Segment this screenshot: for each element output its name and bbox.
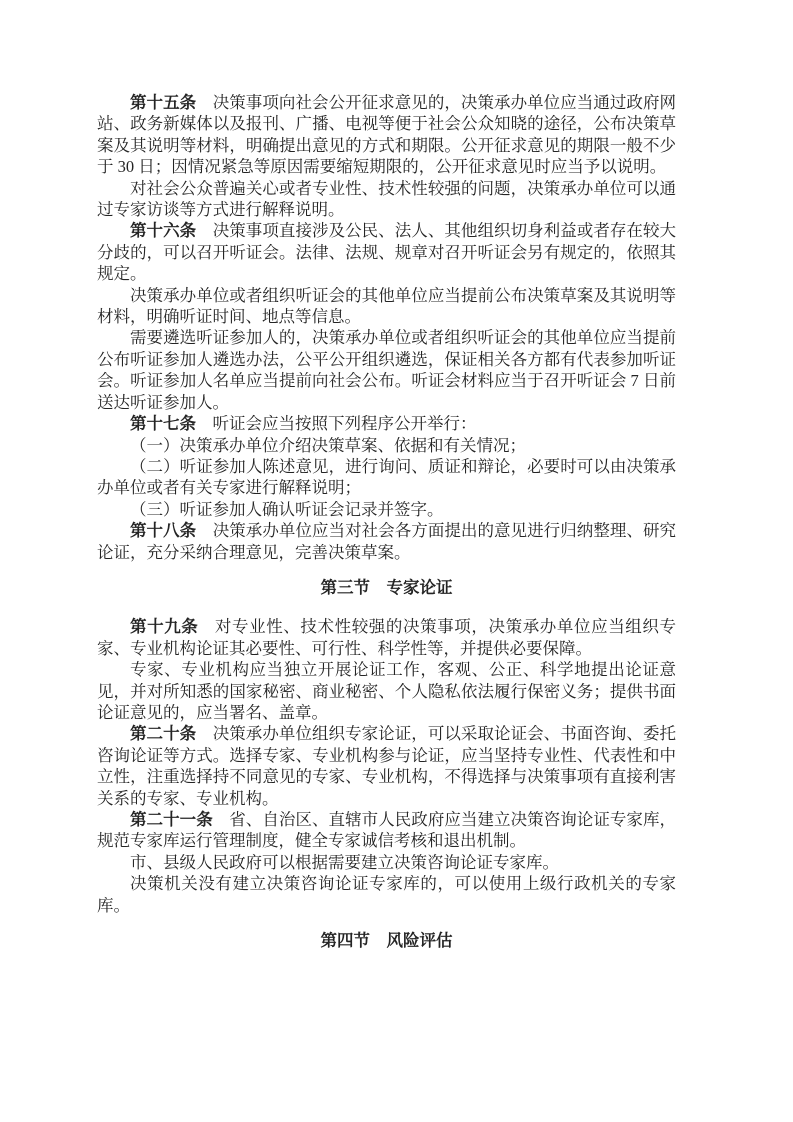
article-number: 第十八条 [130, 521, 196, 540]
article-paragraph: 第十六条决策事项直接涉及公民、法人、其他组织切身利益或者存在较大分歧的，可以召开… [97, 220, 676, 284]
article-paragraph: 第二十一条省、自治区、直辖市人民政府应当建立决策咨询论证专家库，规范专家库运行管… [97, 809, 676, 852]
paragraph-text: （二）听证参加人陈述意见，进行询问、质证和辩论，必要时可以由决策承办单位或者有关… [97, 457, 676, 497]
body-paragraph: 需要遴选听证参加人的，决策承办单位或者组织听证会的其他单位应当提前公布听证参加人… [97, 327, 676, 413]
paragraph-text: 需要遴选听证参加人的，决策承办单位或者组织听证会的其他单位应当提前公布听证参加人… [97, 328, 676, 411]
article-number: 第十六条 [130, 221, 196, 240]
paragraph-text: 对社会公众普遍关心或者专业性、技术性较强的问题，决策承办单位可以通过专家访谈等方… [97, 179, 676, 219]
section-heading: 第三节 专家论证 [97, 577, 676, 598]
body-paragraph: 对社会公众普遍关心或者专业性、技术性较强的问题，决策承办单位可以通过专家访谈等方… [97, 178, 676, 221]
article-paragraph: 第二十条决策承办单位组织专家论证，可以采取论证会、书面咨询、委托咨询论证等方式。… [97, 723, 676, 809]
body-paragraph: 决策机关没有建立决策咨询论证专家库的，可以使用上级行政机关的专家库。 [97, 873, 676, 916]
paragraph-text: 市、县级人民政府可以根据需要建立决策咨询论证专家库。 [130, 853, 559, 872]
section-heading: 第四节 风险评估 [97, 930, 676, 951]
article-number: 第二十条 [130, 724, 196, 743]
body-paragraph: （三）听证参加人确认听证会记录并签字。 [97, 499, 676, 520]
paragraph-text: 专家、专业机构应当独立开展论证工作，客观、公正、科学地提出论证意见，并对所知悉的… [97, 660, 676, 722]
article-number: 第十九条 [130, 617, 198, 636]
paragraph-text: 决策机关没有建立决策咨询论证专家库的，可以使用上级行政机关的专家库。 [97, 874, 676, 914]
article-number: 第十五条 [130, 93, 196, 112]
article-number: 第十七条 [130, 414, 196, 433]
article-paragraph: 第十八条决策承办单位应当对社会各方面提出的意见进行归纳整理、研究论证，充分采纳合… [97, 520, 676, 563]
paragraph-text: 决策承办单位或者组织听证会的其他单位应当提前公布决策草案及其说明等材料，明确听证… [97, 286, 676, 326]
article-paragraph: 第十七条听证会应当按照下列程序公开举行： [97, 413, 676, 434]
document-body: 第十五条决策事项向社会公开征求意见的，决策承办单位应当通过政府网站、政务新媒体以… [97, 92, 676, 969]
body-paragraph: 专家、专业机构应当独立开展论证工作，客观、公正、科学地提出论证意见，并对所知悉的… [97, 659, 676, 723]
article-number: 第二十一条 [130, 810, 213, 829]
body-paragraph: （一）决策承办单位介绍决策草案、依据和有关情况； [97, 435, 676, 456]
body-paragraph: 市、县级人民政府可以根据需要建立决策咨询论证专家库。 [97, 852, 676, 873]
paragraph-text: 听证会应当按照下列程序公开举行： [213, 414, 477, 433]
article-paragraph: 第十五条决策事项向社会公开征求意见的，决策承办单位应当通过政府网站、政务新媒体以… [97, 92, 676, 178]
article-paragraph: 第十九条对专业性、技术性较强的决策事项，决策承办单位应当组织专家、专业机构论证其… [97, 616, 676, 659]
body-paragraph: （二）听证参加人陈述意见，进行询问、质证和辩论，必要时可以由决策承办单位或者有关… [97, 456, 676, 499]
paragraph-text: （三）听证参加人确认听证会记录并签字。 [130, 500, 444, 519]
document-page: 第十五条决策事项向社会公开征求意见的，决策承办单位应当通过政府网站、政务新媒体以… [0, 0, 793, 1122]
paragraph-text: （一）决策承办单位介绍决策草案、依据和有关情况； [130, 436, 526, 455]
body-paragraph: 决策承办单位或者组织听证会的其他单位应当提前公布决策草案及其说明等材料，明确听证… [97, 285, 676, 328]
